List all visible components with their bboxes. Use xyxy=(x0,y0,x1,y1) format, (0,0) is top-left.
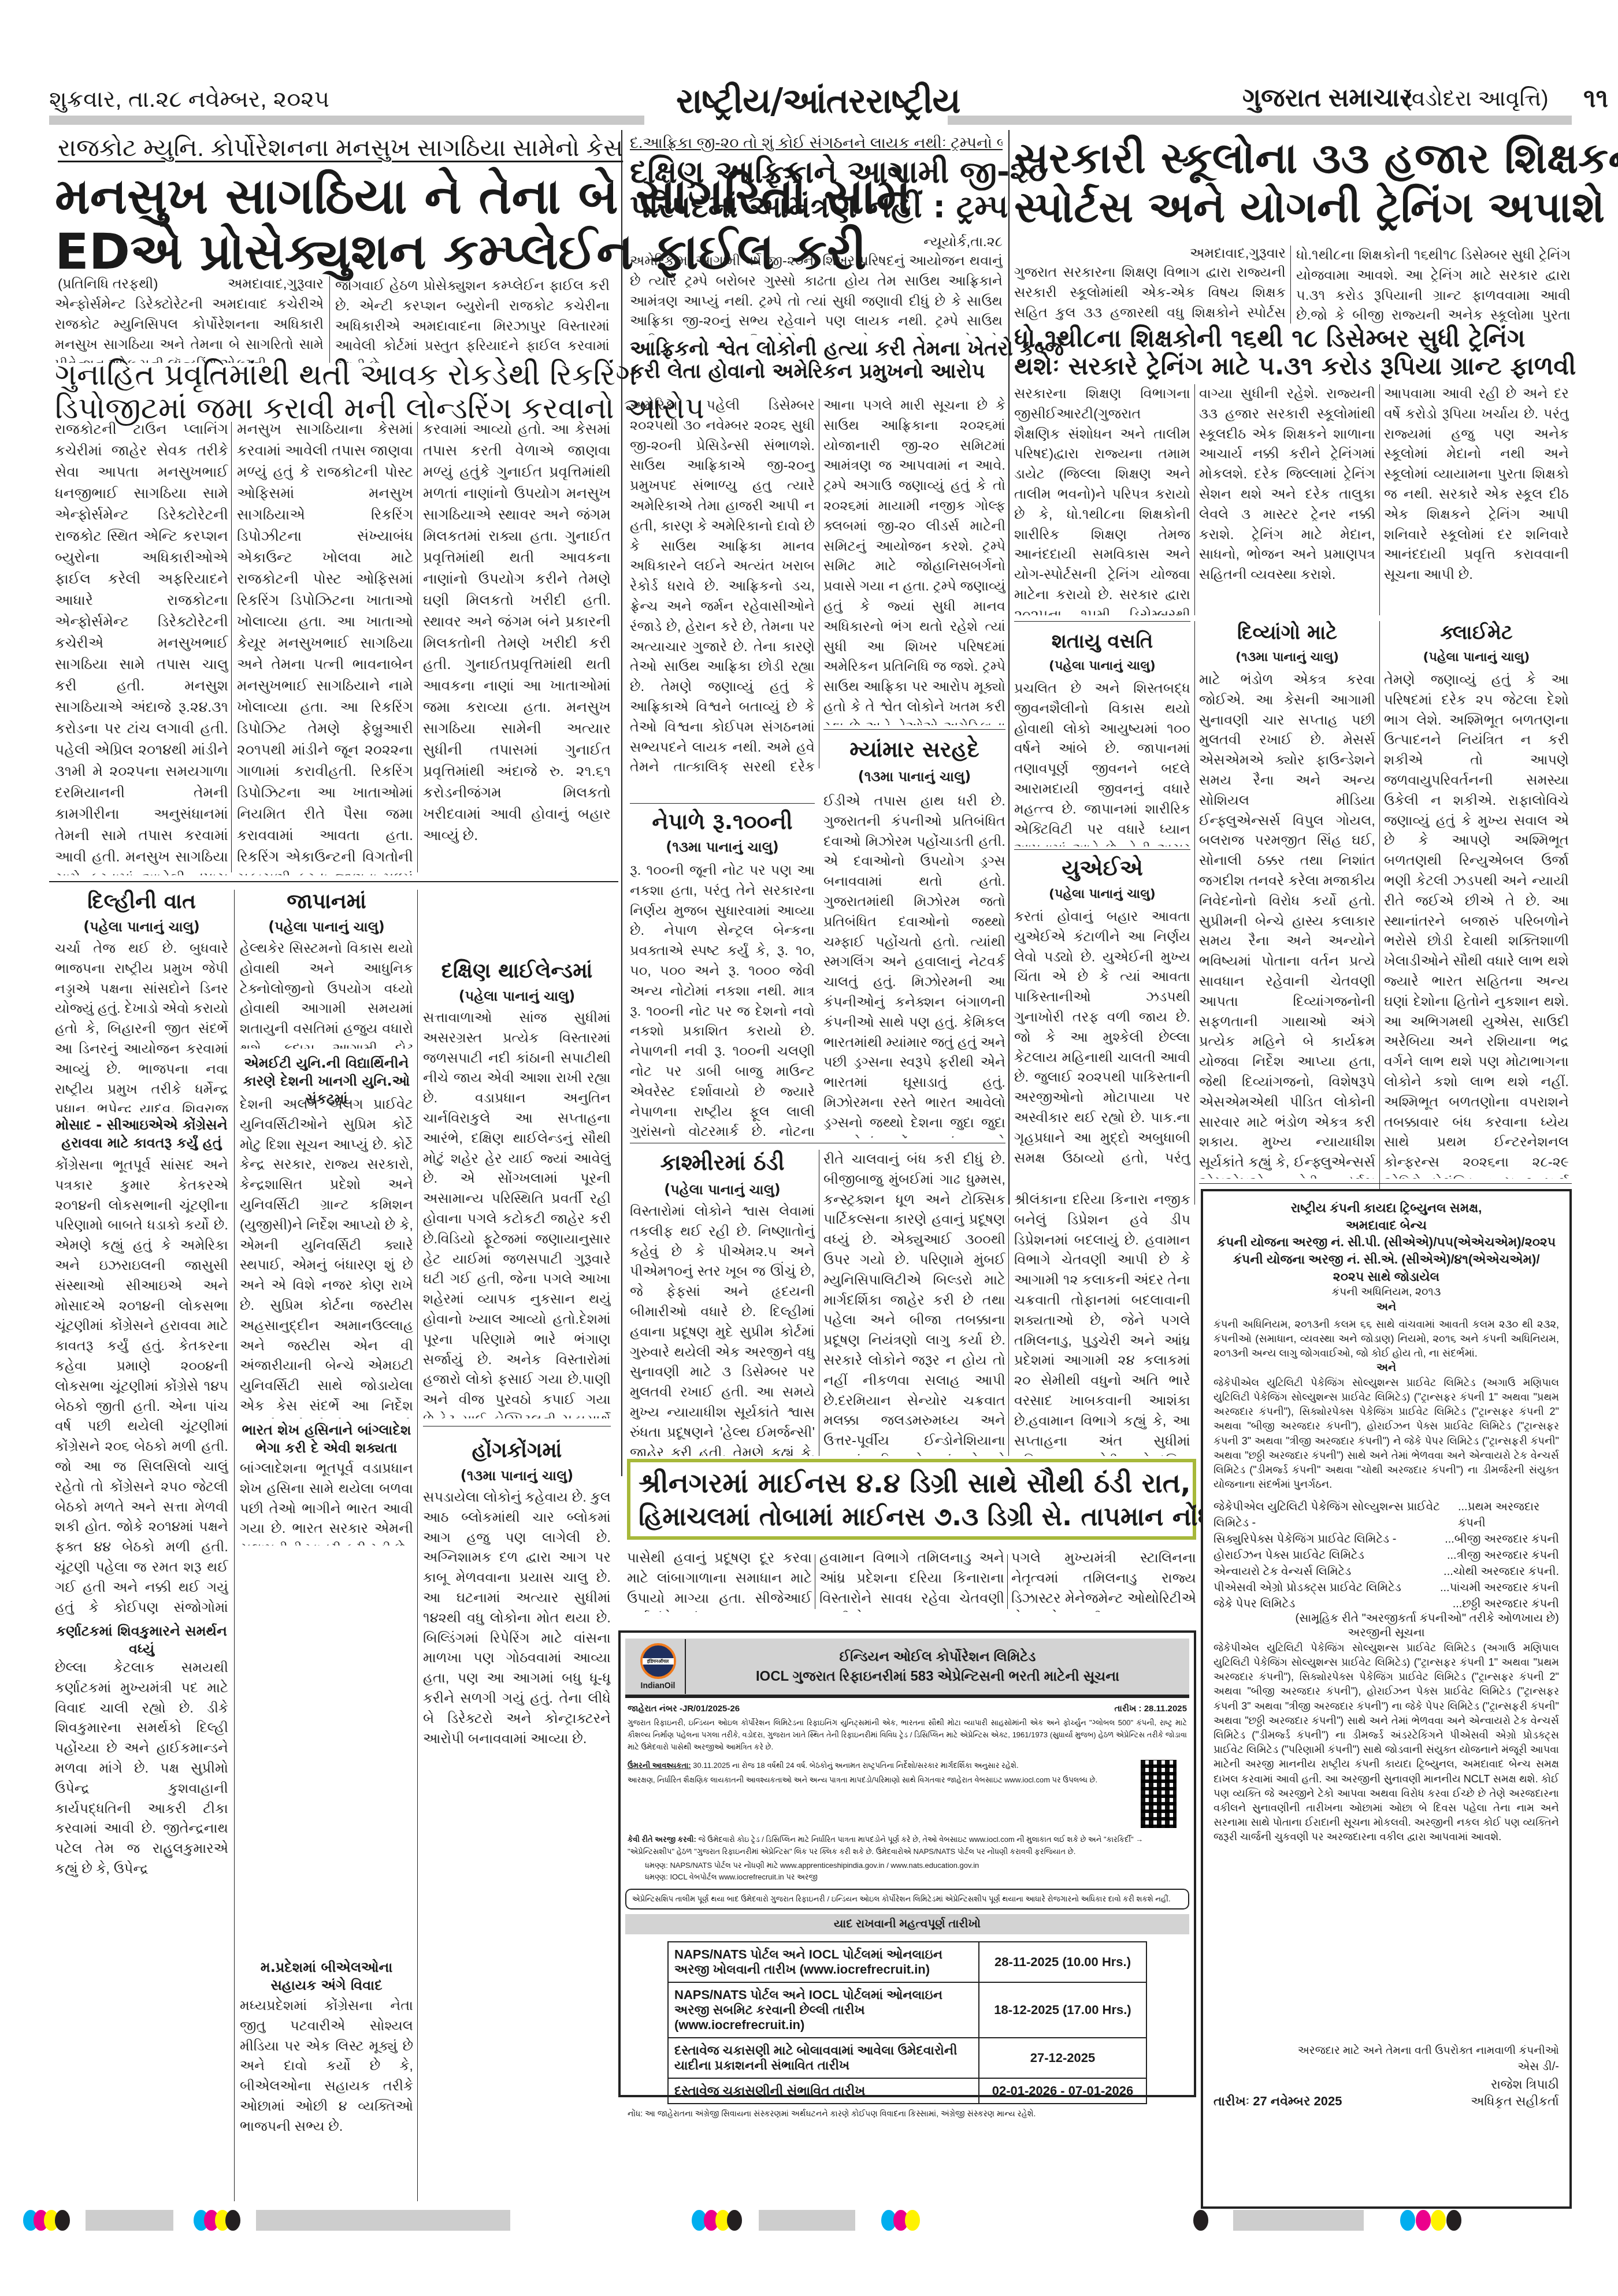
section-divider xyxy=(1014,849,1190,850)
ad-date: તારીખ : 28.11.2025 xyxy=(1114,1704,1187,1714)
story-title: દિલ્હીની વાત xyxy=(55,890,228,914)
signature-block: અરજદાર માટે અને તેમના વતી ઉપરોક્ત નામવાળ… xyxy=(1213,2043,1559,2094)
banner-line: હિમાચલમાં તોબામાં માઈનસ ૭.૩ ડિગ્રી સે. ત… xyxy=(639,1501,1185,1533)
continued-label: (૧૩મા પાનાનું ચાલુ) xyxy=(823,768,1005,785)
ad-header: इंडियनऑयल IndianOil ઈન્ડિયન ઓઈલ કોર્પોરે… xyxy=(625,1639,1189,1696)
ad-title: ઈન્ડિયન ઓઈલ કોર્પોરેશન લિમિટેડ xyxy=(686,1647,1189,1667)
section-divider xyxy=(49,881,618,882)
story-intro: જોગવાઈ હેઠળ પ્રોસેક્યુશન કમ્પ્લેઈન ફાઈલ … xyxy=(335,276,610,363)
ad-intro: ગુજરાત રિફાઇનરી, ઇન્ડિયન ઓઇલ કોર્પોરેશન … xyxy=(621,1716,1194,1756)
black-dot-icon xyxy=(55,2210,70,2231)
column-divider xyxy=(231,422,232,872)
reservation-text: આરક્ષણ, નિર્ધારિત શૈક્ષણિક લાયકાતની આવશ્… xyxy=(628,1774,1130,1786)
story-column: માટે ભંડોળ એકત્ર કરવા જોઈએ. આ કેસની આગામ… xyxy=(1199,670,1375,1179)
story-title: દક્ષિણ થાઈલેન્ડમાં xyxy=(423,959,611,983)
story-subheadline: આફ્રિકનો શ્વેત લોકોની હત્યા કરી તેમના ખે… xyxy=(630,338,1005,383)
collectively-known-as: (સામૂહિક રીતે "અરજીકર્તા કંપનીઓ" તરીકે ઓ… xyxy=(1213,1612,1559,1625)
signatory-name: રાજેશ ત્રિપાઠી xyxy=(1213,2075,1559,2094)
continued-label: (પહેલા પાનાનું ચાલુ) xyxy=(1014,887,1190,901)
story-column: ચર્ચા તેજ થઈ છે. બુધવારે ભાજપના રાષ્ટ્રી… xyxy=(55,939,228,1112)
story-byline-row: (પ્રતિનિધિ તરફથી) અમદાવાદ,ગુરૂવાર xyxy=(58,276,324,292)
column-divider xyxy=(819,1150,819,1456)
story-intro: એન્ફોર્સમેન્ટ ડિરેક્ટોરેટની અમદાવાદ કચેર… xyxy=(55,295,324,363)
notice-paragraph: જેકેપીએલ યુટિલિટી પેકેજિંગ સોલ્યુશન્સ પ્… xyxy=(1213,1641,1559,2039)
story-intro: અમેરિકામાં આગામી વર્ષે જી-૨૦ની શિખર પરિષ… xyxy=(630,251,1003,335)
banner-line: શ્રીનગરમાં માઈનસ ૪.૪ ડિગ્રી સાથે સૌથી ઠં… xyxy=(639,1467,1185,1501)
notice-paragraph: જેકેપીએલ યુટિલિટી પેકેજિંગ સોલ્યુશન્સ પ્… xyxy=(1213,1376,1559,1494)
story-column: બાંગ્લાદેશના ભૂતપૂર્વ વડાપ્રધાન શેખ હસિન… xyxy=(240,1459,413,1545)
column-divider xyxy=(815,1554,815,1609)
column-divider xyxy=(1379,621,1380,1205)
story-subheadline: મોસાદ - સીઆઇએએ કોંગ્રેસને હરાવવા માટે કા… xyxy=(55,1116,228,1152)
story-title: કાશ્મીરમાં ઠંડી xyxy=(630,1150,815,1176)
dateline: ન્યૂયોર્ક,તા.૨૮ xyxy=(630,234,1003,250)
story-column: આના પગલે મારી સૂચના છે કે સાઉથ આફ્રિકાના… xyxy=(823,396,1005,725)
story-subheadline: ધો.૧થી૮ના શિક્ષકોની ૧૬થી ૧૮ ડિસેમ્બર સુધ… xyxy=(1014,325,1575,380)
yellow-dot-icon xyxy=(905,2210,920,2231)
gray-registration-bar xyxy=(1233,2210,1364,2231)
column-divider xyxy=(1290,246,1291,324)
column-divider xyxy=(1008,130,1010,1205)
story-column: મધ્યપ્રદેશમાં કોંગ્રેસના નેતા જીતુ પટવાર… xyxy=(240,1996,413,2198)
section-divider xyxy=(630,803,815,804)
story-column: છેલ્લા કેટલાક સમયથી કર્ણાટકમાં મુખ્યમંત્… xyxy=(55,1658,228,2198)
story-title: શતાયુ વસતિ xyxy=(1014,630,1190,653)
story-subheadline: મ.પ્રદેશમાં બીએલઓના સહાયક અંગે વિવાદ xyxy=(240,1959,413,1994)
notice-title: રાષ્ટ્રીય કંપની કાયદા ટ્રિબ્યુનલ સમક્ષ, xyxy=(1213,1199,1559,1217)
column-divider xyxy=(1379,384,1380,615)
black-dot-icon xyxy=(1446,2210,1461,2231)
section-divider xyxy=(423,1426,611,1426)
story-kicker: દ.આફ્રિકા જી-૨૦ તો શું કોઈ સંગઠનને લાયક … xyxy=(630,134,1003,153)
notice-subtitle: અરજીની સૂચના xyxy=(1213,1625,1559,1641)
edition-label: (વડોદરા આવૃત્તિ) xyxy=(1404,87,1549,112)
column-divider xyxy=(1008,1208,1009,1456)
story-title: જાપાનમાં xyxy=(240,890,413,914)
story-column: સપડાયેલા લોકોનું કહેવાય છે. કુલ આઠ બ્લોક… xyxy=(423,1488,611,2198)
act-name: કંપની અધિનિયમ, ૨૦૧૩ xyxy=(1213,1285,1559,1300)
indianoil-logo: इंडियनऑयल IndianOil xyxy=(631,1639,686,1694)
story-title: ક્લાઈમેટ xyxy=(1384,621,1569,644)
table-row: દસ્તાવેજ ચકાસણી માટે બોલાવવામાં આવેલા ઉમ… xyxy=(668,2038,1146,2078)
story-column: રીતે ચાલવાનું બંધ કરી દીધું છે. બીજીબાજુ… xyxy=(823,1150,1005,1456)
column-divider xyxy=(329,276,330,363)
petition-number: કંપની યોજના અરજી નં. સી.એ. (સીએએ)/૪૧(એએચ… xyxy=(1213,1251,1559,1268)
column-divider xyxy=(1007,1554,1008,1609)
column-divider xyxy=(1194,621,1195,1205)
section-title: રાષ્ટ્રીય/આંતરરાષ્ટ્રીય xyxy=(676,81,960,121)
story-column: ઈડીએ તપાસ હાથ ધરી છે. ગુજરાતની કંપનીઓ પ્… xyxy=(823,792,1005,1138)
story-kicker: રાજકોટ મ્યુનિ. કોર્પોરેશનના મનસુખ સાગઠિય… xyxy=(58,134,613,162)
cold-wave-banner: શ્રીનગરમાં માઈનસ ૪.૪ ડિગ્રી સાથે સૌથી ઠં… xyxy=(627,1459,1196,1540)
qr-code[interactable] xyxy=(1141,1760,1177,1828)
story-column: કરતાં હોવાનું બહાર આવતા યુએઈએ કંટાળીને આ… xyxy=(1014,907,1190,1167)
notice-paragraph: કંપની અધિનિયમ, ૨૦૧૩ની કલમ ૬૬ સાથે વાંચવા… xyxy=(1213,1317,1559,1361)
age-label: ઉંમરની આવશ્યકતા: xyxy=(628,1761,691,1770)
story-column: દેશની અલગ અલગ પ્રાઈવેટ યુનિવર્સિટીઓને સુ… xyxy=(240,1095,413,1418)
story-column: રાજકોટની ટાઉન પ્લાનિંગ કચેરીમાં જાહેર સે… xyxy=(55,419,228,875)
story-column: તેમણે જણાવ્યું હતું કે આ પરિષદમાં દરેક ૨… xyxy=(1384,670,1569,1179)
continued-label: (પહેલા પાનાનું ચાલુ) xyxy=(630,1182,815,1198)
story-column: શ્રીલંકાના દરિયા કિનારા નજીક બનેલું ડિપ્… xyxy=(1014,1190,1190,1456)
table-row: NAPS/NATS પોર્ટલ અને IOCL પોર્ટલમાં ઓનલા… xyxy=(668,1982,1146,2038)
apply-bullet[interactable]: ધમણ્ણ: IOCL વેબપોર્ટલ www.iocrefrecruit.… xyxy=(628,1871,1187,1883)
gray-registration-bar xyxy=(86,2210,173,2231)
list-item: જેકે પેપર લિમિટેડ...છઠ્ઠી અરજદાર કંપની xyxy=(1213,1596,1559,1612)
story-headline: દક્ષિણ આફ્રિકાને આગામી જી-૨૦ પરિષદમાં આમ… xyxy=(630,155,1005,225)
story-column: હવામાન વિભાગે તમિલનાડુ અને આંધ્ર પ્રદેશન… xyxy=(819,1548,1004,1612)
story-title: મ્યાંમાર સરહદે xyxy=(823,737,1005,763)
how-to-apply-label: કેવી રીતે અરજી કરવી: xyxy=(628,1835,696,1844)
age-text: 30.11.2025 ના રોજ 18 વર્ષથી 24 વર્ષ. બેઠ… xyxy=(693,1761,1018,1770)
story-column: અમેરિકા પહેલી ડિસેમ્બર ૨૦૨૫થી ૩૦ નવેમ્બર… xyxy=(630,396,815,774)
table-row: દસ્તાવેજ ચકાસણીની સંભાવિત તારીખ02-01-202… xyxy=(668,2078,1146,2104)
list-item: જેકેપીએલ યુટિલિટી પેકેજિંગ સોલ્યુશન્સ પ્… xyxy=(1213,1499,1559,1531)
story-subheadline: ગુનાહિત પ્રવૃતિમાંથી થતી આવક રોકડેથી રિક… xyxy=(55,358,615,425)
continued-label: (૧૩મા પાનાનું ચાલુ) xyxy=(1199,650,1375,664)
page-number: ૧૧ xyxy=(1583,84,1608,113)
ad-number: જાહેરાત નંબર -JR/01/2025-26 xyxy=(628,1704,740,1714)
story-subheadline: ભારત શેખ હસિનાને બાંગ્લાદેશ ભેગા કરી દે … xyxy=(240,1421,413,1457)
black-dot-icon xyxy=(727,2210,742,2231)
story-column: સરકારના શિક્ષણ વિભાગના જીસીઈઆરટી(ગુજરાત … xyxy=(1014,384,1190,615)
story-column: વાગ્યા સુધીની રહેશે. રાજ્યની ૩૩ હજાર સરક… xyxy=(1199,384,1375,615)
column-divider xyxy=(1194,384,1195,615)
story-column: વિસ્તારોમાં લોકોને શ્વાસ લેવામાં તકલીફ થ… xyxy=(630,1202,815,1456)
story-title: હોંગકોંગમાં xyxy=(423,1439,611,1463)
continued-label: (પહેલા પાનાનું ચાલુ) xyxy=(1014,659,1190,673)
print-registration-bar xyxy=(0,2210,1618,2233)
column-divider xyxy=(417,422,418,872)
dateline: અમદાવાદ,ગુરૂવાર xyxy=(1014,246,1286,262)
story-column: હેલ્થકેર સિસ્ટમનો વિકાસ થયો હોવાથી અને આ… xyxy=(240,939,413,1049)
issue-date: શુક્રવાર, તા.૨૮ નવેમ્બર, ૨૦૨૫ xyxy=(49,87,329,113)
continued-label: (૧૩મા પાનાનું ચાલુ) xyxy=(630,839,815,855)
column-divider xyxy=(621,130,622,1476)
continued-label: (પહેલા પાનાનું ચાલુ) xyxy=(1384,650,1569,664)
continued-label: (પહેલા પાનાનું ચાલુ) xyxy=(55,919,228,935)
continued-label: (૧૩મા પાનાનું ચાલુ) xyxy=(423,1467,611,1484)
story-intro: ગુજરાત સરકારના શિક્ષણ વિભાગ દ્વારા રાજ્ય… xyxy=(1014,263,1286,324)
important-dates-heading: યાદ રાખવાની મહત્વપૂર્ણ તારીખો xyxy=(625,1914,1189,1934)
table-row: NAPS/NATS પોર્ટલ અને IOCL પોર્ટલમાં ઓનલા… xyxy=(668,1942,1146,1982)
story-headline: મનસુખ સાગઠિયા ને તેના બે સાગરિતો સામે ED… xyxy=(55,169,615,280)
section-divider xyxy=(1014,621,1190,622)
continued-label: (પહેલા પાનાનું ચાલુ) xyxy=(423,988,611,1004)
newspaper-brand: ગુજરાત સમાચાર xyxy=(1242,84,1413,113)
list-item: હોરાઈઝન પેક્સ પ્રાઈવેટ લિમિટેડ...ત્રીજી … xyxy=(1213,1547,1559,1563)
notice-bench: અમદાવાદ બેન્ચ xyxy=(1213,1217,1559,1234)
nclt-legal-notice: રાષ્ટ્રીય કંપની કાયદા ટ્રિબ્યુનલ સમક્ષ, … xyxy=(1201,1189,1572,2209)
continued-label: (પહેલા પાનાનું ચાલુ) xyxy=(240,919,413,935)
signatory-title: અધિકૃત સહીકર્તા xyxy=(1471,2094,1559,2109)
applicant-companies-list: જેકેપીએલ યુટિલિટી પેકેજિંગ સોલ્યુશન્સ પ્… xyxy=(1213,1499,1559,1612)
magenta-dot-icon xyxy=(1416,2210,1431,2231)
story-column: આપવામા આવી રહી છે અને દર વર્ષે કરોડો રૂપ… xyxy=(1384,384,1569,615)
indianoil-logo-icon: इंडियनऑयल xyxy=(640,1643,676,1679)
ad-subtitle: IOCL ગુજરાત રિફાઇનરીમાં 583 એપ્રેન્ટિસની… xyxy=(686,1667,1189,1686)
petition-number: કંપની યોજના અરજી નં. સી.પી. (સીએએ)/૫૫(એએ… xyxy=(1213,1234,1559,1251)
list-item: એન્વાયરો ટેક વેન્ચર્સ લિમિટેડ...ચોથી અરજ… xyxy=(1213,1563,1559,1580)
yellow-dot-icon xyxy=(1431,2210,1446,2231)
story-intro: ધો.૧થી૮ના શિક્ષકોની ૧૬થી૧૮ ડિસેમ્બર સુધી… xyxy=(1296,246,1571,324)
apply-bullet[interactable]: ધમણ્ણ: NAPS/NATS પોર્ટલ પર નોંધણી માટે w… xyxy=(628,1860,1187,1872)
black-dot-icon xyxy=(225,2210,240,2231)
section-divider xyxy=(1199,1183,1572,1184)
masthead-bar-right xyxy=(948,116,1572,125)
column-divider xyxy=(819,399,819,768)
section-divider xyxy=(823,729,1005,730)
dateline: અમદાવાદ,ગુરૂવાર xyxy=(228,276,324,292)
ad-disclaimer: એપ્રેન્ટિસશિપ તાલીમ પૂર્ણ થયા બાદ ઉમેદવા… xyxy=(625,1889,1189,1909)
story-title: દિવ્યાંગો માટે xyxy=(1199,621,1375,644)
gray-registration-bar xyxy=(759,2210,855,2231)
story-column: કોંગ્રેસના ભૂતપૂર્વ સાંસદ અને પત્રકાર કુ… xyxy=(55,1156,228,1618)
story-column: પ્રચલિત છે અને શિસ્તબદ્ધ જીવનશૈલીનો વિકા… xyxy=(1014,679,1190,846)
story-column: સત્તાવાળાઓ સાંજ સુધીમાં અસરગ્રસ્ત પ્રત્ય… xyxy=(423,1008,611,1418)
story-title: નેપાળે રૂ.૧૦૦ની xyxy=(630,809,815,835)
notice-date: તારીખઃ 27 નવેમ્બર 2025 xyxy=(1213,2094,1342,2109)
story-column: કરવામાં આવ્યો હતો. આ કેસમાં તપાસ કરતી વે… xyxy=(423,419,611,875)
black-dot-icon xyxy=(1193,2210,1208,2231)
cyan-dot-icon xyxy=(1400,2210,1415,2231)
iocl-apprentice-ad: इंडियनऑयल IndianOil ઈન્ડિયન ઓઈલ કોર્પોરે… xyxy=(618,1630,1196,2097)
column-divider xyxy=(234,890,235,2201)
story-subheadline: કર્ણાટકમાં શિવકુમારને સમર્થન વધ્યું xyxy=(55,1622,228,1658)
byline: (પ્રતિનિધિ તરફથી) xyxy=(58,276,158,292)
story-column: મનસુખ સાગઠિયાના કેસમાં કરવામાં આવેલી તપા… xyxy=(237,419,413,875)
list-item: સિક્યુરિપેક્સ પેકેજિંગ પ્રાઈવેટ લિમિટેડ … xyxy=(1213,1531,1559,1547)
story-column: રૂ. ૧૦૦ની જૂની નોટ પર પણ આ નકશા હતા, પરં… xyxy=(630,861,815,1138)
list-item: પીએસવી એગ્રો પ્રોડક્ટ્સ પ્રાઈવેટ લિમિટેડ… xyxy=(1213,1580,1559,1596)
column-divider xyxy=(417,890,418,2201)
story-column: પગલે મુખ્યમંત્રી સ્ટાલિનના નેતૃત્વમાં તમ… xyxy=(1011,1548,1196,1612)
how-to-apply-text: જે ઉમેદવારો કોઇ ટ્રેડ / ડિસિપ્લિન માટે ન… xyxy=(628,1835,1143,1856)
petition-number: ૨૦૨૫ સાથે જોડાયેલ xyxy=(1213,1268,1559,1286)
story-column: પાસેથી હવાનું પ્રદૂષણ દૂર કરવા માટે લાંબ… xyxy=(627,1548,812,1612)
story-headline: સરકારી સ્કૂલોના ૩૩ હજાર શિક્ષકને સ્પોર્ટ… xyxy=(1014,134,1575,232)
masthead-bar-left xyxy=(49,116,644,125)
important-dates-table: NAPS/NATS પોર્ટલ અને IOCL પોર્ટલમાં ઓનલા… xyxy=(667,1941,1147,2104)
ad-note: નોંધ: આ જાહેરાતના અંગ્રેજી સિવાયના સંસ્ક… xyxy=(621,2108,1194,2120)
story-title: યુએઈએ xyxy=(1014,855,1190,881)
gray-registration-bar xyxy=(256,2210,510,2231)
section-divider xyxy=(630,1143,1005,1143)
